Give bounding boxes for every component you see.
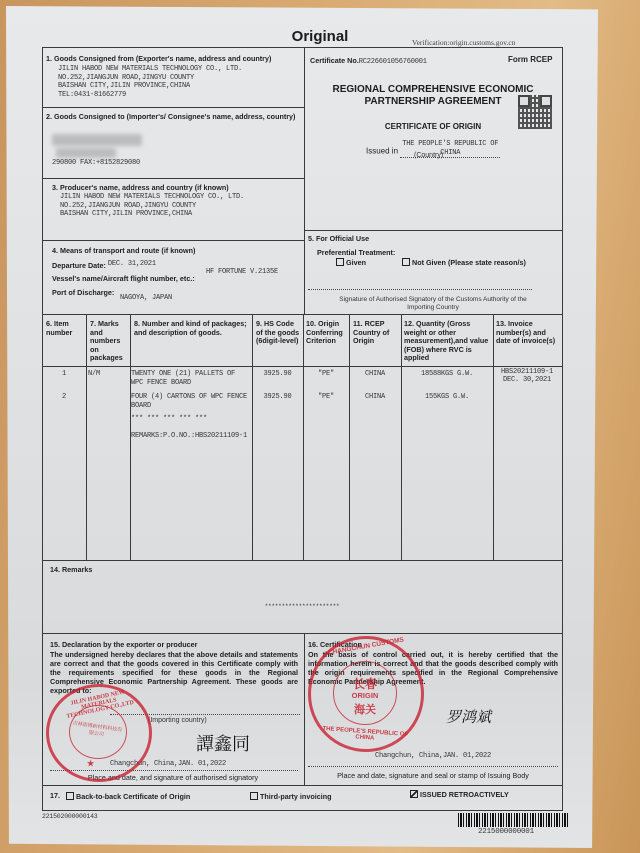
third-party-checkbox[interactable]: Third-party invoicing	[250, 792, 331, 802]
barcode-number: 2215000000001	[478, 828, 534, 837]
col-marks: 7. Marks and numbers on packages	[90, 320, 128, 363]
port-label: Port of Discharge:	[52, 289, 114, 298]
exporter-address: JILIN HABOD NEW MATERIALS TECHNOLOGY CO.…	[58, 65, 242, 99]
form-serial: 221502000000143	[42, 813, 98, 822]
given-checkbox[interactable]: Given	[336, 258, 366, 268]
importing-country-caption: (Importing country)	[148, 717, 207, 724]
verification-url: Verification:origin.customs.gov.cn	[412, 38, 515, 47]
box17-number: 17.	[50, 792, 60, 801]
issuer-place-date: Changchun, China,JAN. 01,2022	[304, 752, 562, 761]
col-hs-code: 9. HS Code of the goods (6digit-level)	[256, 320, 302, 346]
box1-label: 1. Goods Consigned from (Exporter's name…	[46, 55, 304, 64]
issued-retroactively-checkbox[interactable]: ISSUED RETROACTIVELY	[410, 790, 509, 800]
port-value: NAGOYA, JAPAN	[120, 294, 172, 303]
po-remarks: REMARKS:P.O.NO.:HBS20211109-1	[131, 432, 247, 441]
producer-address: JILIN HABOD NEW MATERIALS TECHNOLOGY CO.…	[60, 193, 244, 219]
customs-seal: CHANGCHUN CUSTOMS 长春 ORIGIN 海关 THE PEOPL…	[308, 636, 424, 752]
col-description: 8. Number and kind of packages; and desc…	[134, 320, 248, 337]
col-criterion: 10. Origin Conferring Criterion	[306, 320, 348, 346]
issuer-caption: Place and date, signature and seal or st…	[304, 772, 562, 781]
redacted-consignee	[52, 134, 142, 146]
back-to-back-checkbox[interactable]: Back-to-back Certificate of Origin	[66, 792, 190, 802]
customs-signature-caption: Signature of Authorised Signatory of the…	[304, 296, 562, 312]
box3-label: 3. Producer's name, address and country …	[52, 184, 229, 193]
remarks-value: **********************	[42, 603, 562, 612]
company-seal: JILIN HABOD NEW MATERIALS TECHNOLOGY CO.…	[46, 684, 152, 782]
consignee-fragment: 290800 FAX:+8152829080	[52, 159, 140, 168]
barcode-icon	[458, 813, 570, 827]
col-invoice: 13. Invoice number(s) and date of invoic…	[496, 320, 560, 346]
certificate-number: Certificate No.RC226601056760001	[310, 57, 427, 67]
document-title: Original	[0, 28, 640, 45]
col-country: 11. RCEP Country of Origin	[353, 320, 399, 346]
box5-label: 5. For Official Use	[308, 235, 369, 244]
certificate-subtitle: CERTIFICATE OF ORIGIN	[304, 122, 562, 131]
preferential-label: Preferential Treatment:	[317, 249, 395, 258]
country-caption: (Country)	[414, 152, 443, 159]
vessel-label: Vessel's name/Aircraft flight number, et…	[52, 275, 195, 284]
issuer-signature: 罗鸿斌	[446, 706, 491, 727]
exporter-signature: 譚鑫同	[196, 730, 250, 756]
form-type: Form RCEP	[508, 56, 552, 65]
box4-label: 4. Means of transport and route (if know…	[52, 247, 195, 256]
box2-label: 2. Goods Consigned to (Importer's/ Consi…	[46, 113, 296, 122]
departure-date: Departure Date: DEC. 31,2021	[52, 260, 156, 271]
vessel-value: HF FORTUNE V.2135E	[206, 268, 278, 277]
col-item: 6. Item number	[46, 320, 84, 337]
box14-label: 14. Remarks	[50, 566, 92, 575]
col-quantity: 12. Quantity (Gross weight or other meas…	[404, 320, 494, 363]
box15-label: 15. Declaration by the exporter or produ…	[50, 641, 197, 650]
not-given-checkbox[interactable]: Not Given (Please state reason/s)	[402, 258, 526, 268]
goods-separator: *** *** *** *** ***	[131, 415, 207, 424]
